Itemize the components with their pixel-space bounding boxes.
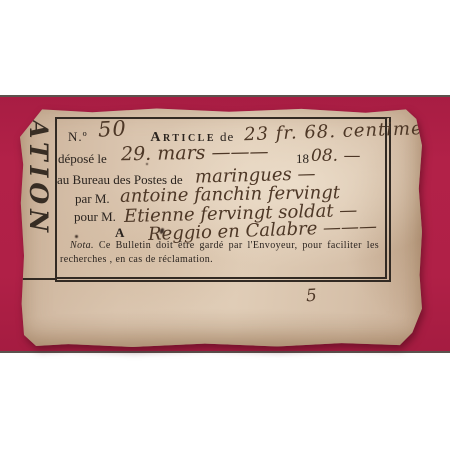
recipient-label: pour M. xyxy=(74,209,116,224)
nota-lead-word: Nota. xyxy=(70,240,94,251)
bottom-rule-left-extension xyxy=(20,278,57,280)
year-handwritten-suffix: 08. — xyxy=(311,146,360,166)
nota-line-1-text: Ce Bulletin doit être gardé par l'Envoye… xyxy=(99,240,379,251)
deposit-label: déposé le xyxy=(58,151,107,166)
photo-canvas: ATION N.º50Articlede23 fr. 68. centimes … xyxy=(0,0,450,450)
number-value-handwritten: 50 xyxy=(97,116,127,141)
page-number-handwritten: 5 xyxy=(305,286,317,307)
nota-line-1: Nota. Ce Bulletin doit être gardé par l'… xyxy=(70,240,379,251)
postal-bulletin-paper: ATION N.º50Articlede23 fr. 68. centimes … xyxy=(20,107,422,347)
sender-label: par M. xyxy=(75,191,110,206)
margin-vertical-text: ATION xyxy=(24,119,53,274)
document-paper-wrap: ATION N.º50Articlede23 fr. 68. centimes … xyxy=(0,97,450,351)
photo-red-background: ATION N.º50Articlede23 fr. 68. centimes … xyxy=(0,95,450,353)
amount-value-handwritten: 23 fr. 68. centimes xyxy=(244,118,434,146)
number-label: N.º xyxy=(68,129,88,144)
nota-line-2: recherches , en cas de réclamation. xyxy=(60,254,213,265)
destination-label: A xyxy=(115,225,124,240)
deposit-date-handwritten: 29. mars ——— xyxy=(121,141,269,166)
line-destination: AReggio en Calabre ——— xyxy=(115,221,377,242)
ink-speck xyxy=(146,163,148,165)
ink-speck xyxy=(75,235,78,238)
